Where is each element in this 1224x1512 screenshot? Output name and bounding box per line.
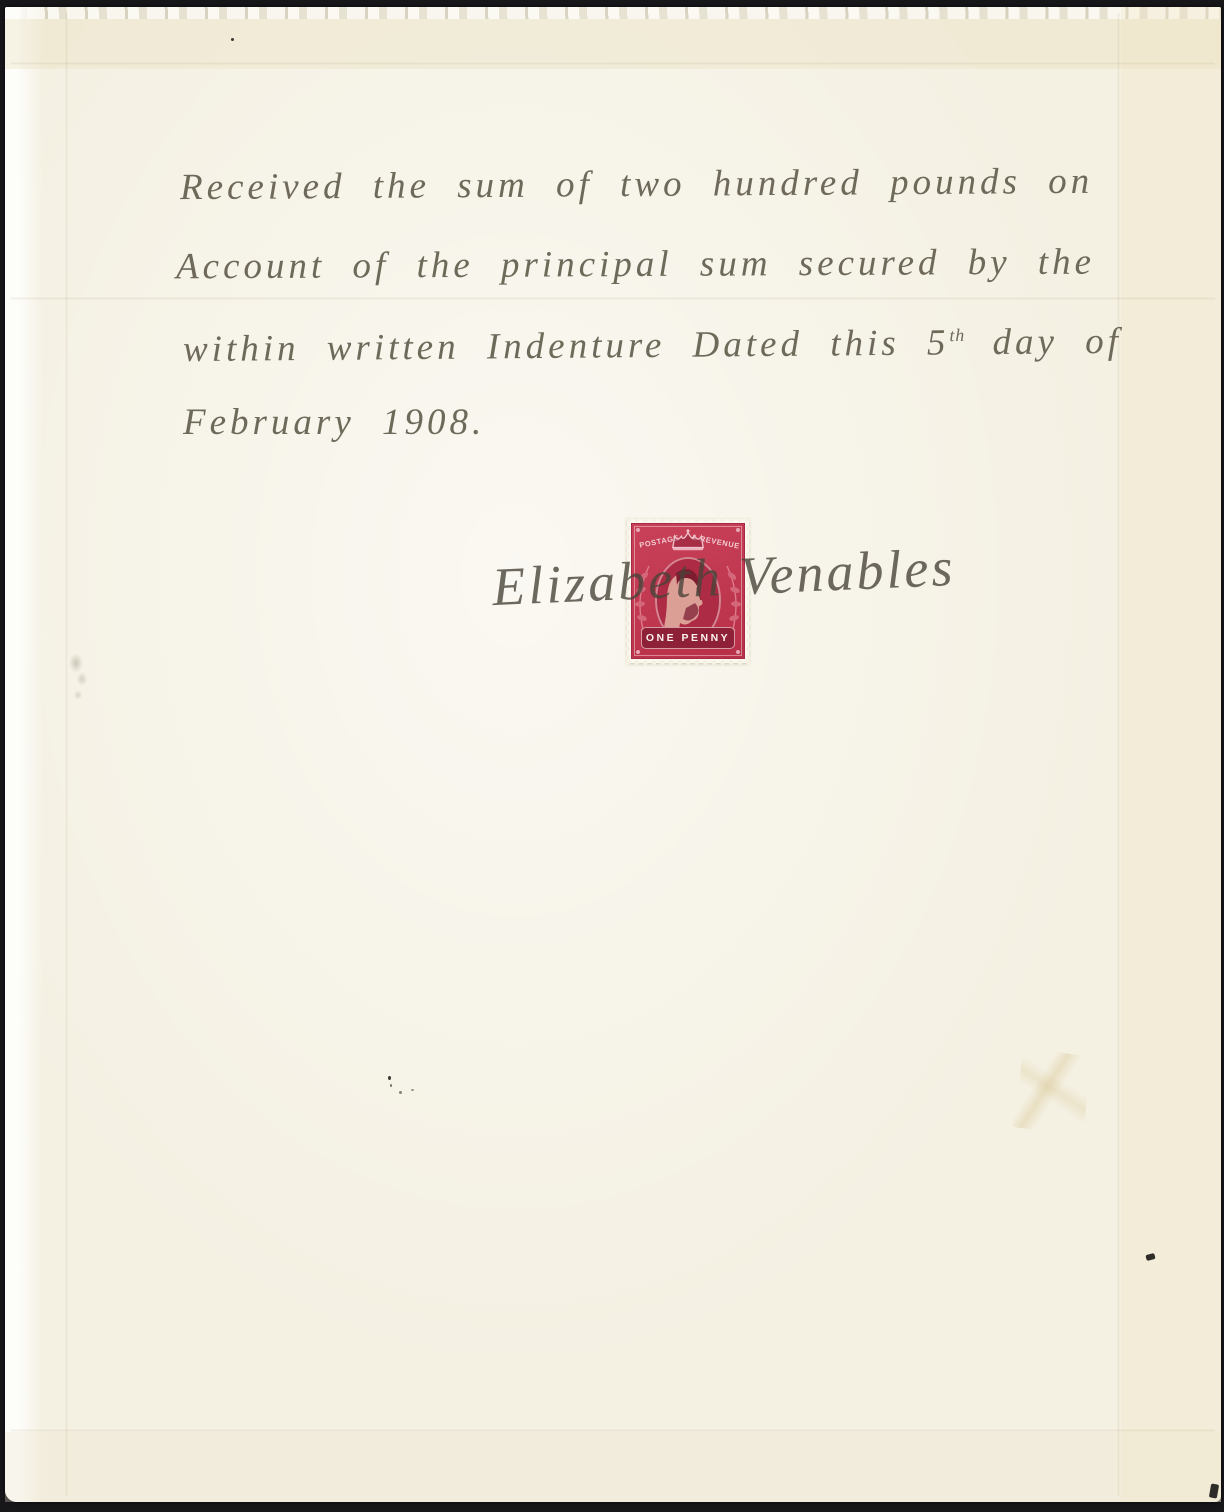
ink-speck: [390, 1084, 392, 1087]
scanned-document: Received the sum of two hundred pounds o…: [0, 0, 1224, 1512]
stamp-corner-dot: [736, 528, 740, 532]
paper-edge-left: [5, 7, 43, 1502]
paper-tone-band-bottom: [5, 1432, 1221, 1502]
ink-speck: [411, 1089, 414, 1091]
ink-speck: [399, 1091, 402, 1094]
ink-smudge: [62, 645, 96, 703]
paper-tone-band-top: [5, 19, 1221, 69]
paper-sheet: [5, 7, 1221, 1502]
handwritten-line-3-text: within written Indenture Dated this 5: [183, 322, 950, 370]
stamp-denomination-banner: ONE PENNY: [641, 627, 735, 649]
stamp-denomination: ONE PENNY: [646, 632, 730, 644]
handwritten-line-3: within written Indenture Dated this 5th …: [183, 320, 1122, 371]
stamp-corner-dot: [636, 528, 640, 532]
handwritten-line-3-end: day of: [965, 321, 1122, 363]
stamp-perforation-bottom: [624, 659, 752, 666]
ordinal-superscript: th: [949, 325, 965, 345]
fold-line-vertical-right: [1117, 13, 1120, 1496]
handwritten-line-4: February 1908.: [183, 401, 485, 444]
fold-line-horizontal-upper: [11, 297, 1215, 300]
torn-paper-edge: [5, 7, 1221, 19]
ink-speck: [388, 1076, 391, 1080]
fold-line-vertical-left: [65, 13, 68, 1496]
faint-stain: [1013, 1048, 1093, 1137]
stamp-perforation-top: [624, 516, 752, 523]
paper-tone-band-right: [1121, 7, 1221, 1502]
ink-speck: [231, 38, 234, 41]
handwritten-line-2: Account of the principal sum secured by …: [176, 241, 1095, 289]
handwritten-line-1: Received the sum of two hundred pounds o…: [180, 160, 1093, 209]
